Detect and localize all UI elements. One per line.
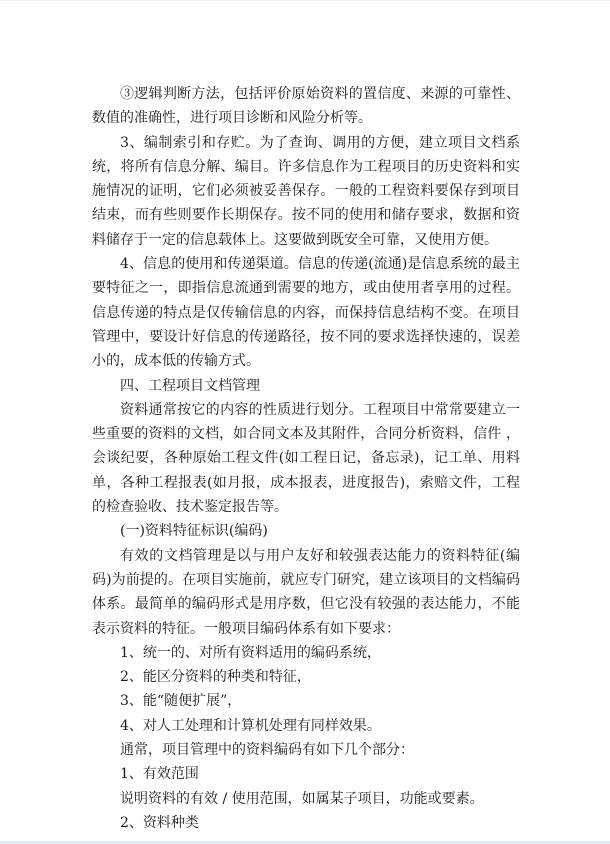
paragraph-info-transfer: 4、信息的使用和传递渠道。信息的传递(流通)是信息系统的最主要特征之一，即指信息… xyxy=(92,252,520,373)
document-body: ③逻辑判断方法，包括评价原始资料的置信度、来源的可靠性、数值的准确性，进行项目诊… xyxy=(92,82,520,835)
coding-part-1-heading: 1、有效范围 xyxy=(92,762,520,786)
requirement-item-3: 3、能“随便扩展”， xyxy=(92,689,520,713)
document-page: ③逻辑判断方法，包括评价原始资料的置信度、来源的可靠性、数值的准确性，进行项目诊… xyxy=(0,0,610,841)
section-heading-document-management: 四、工程项目文档管理 xyxy=(92,374,520,398)
paragraph-coding-parts-intro: 通常，项目管理中的资料编码有如下几个部分： xyxy=(92,738,520,762)
coding-part-1-description: 说明资料的有效 / 使用范围，如属某子项目，功能或要素。 xyxy=(92,787,520,811)
paragraph-logic-judgment: ③逻辑判断方法，包括评价原始资料的置信度、来源的可靠性、数值的准确性，进行项目诊… xyxy=(92,82,520,131)
requirement-item-2: 2、能区分资料的种类和特征， xyxy=(92,665,520,689)
paragraph-document-classification: 资料通常按它的内容的性质进行划分。工程项目中常常要建立一些重要的资料的文档，如合… xyxy=(92,398,520,519)
paragraph-coding-system: 有效的文档管理是以与用户友好和较强表达能力的资料特征(编码)为前提的。在项目实施… xyxy=(92,544,520,641)
paragraph-indexing-storage: 3、编制索引和存贮。为了查询、调用的方便，建立项目文档系统，将所有信息分解、编目… xyxy=(92,131,520,252)
subsection-heading-coding: (一)资料特征标识(编码) xyxy=(92,519,520,543)
coding-part-2-heading: 2、资料种类 xyxy=(92,811,520,835)
requirement-item-1: 1、统一的、对所有资料适用的编码系统， xyxy=(92,641,520,665)
requirement-item-4: 4、对人工处理和计算机处理有同样效果。 xyxy=(92,714,520,738)
